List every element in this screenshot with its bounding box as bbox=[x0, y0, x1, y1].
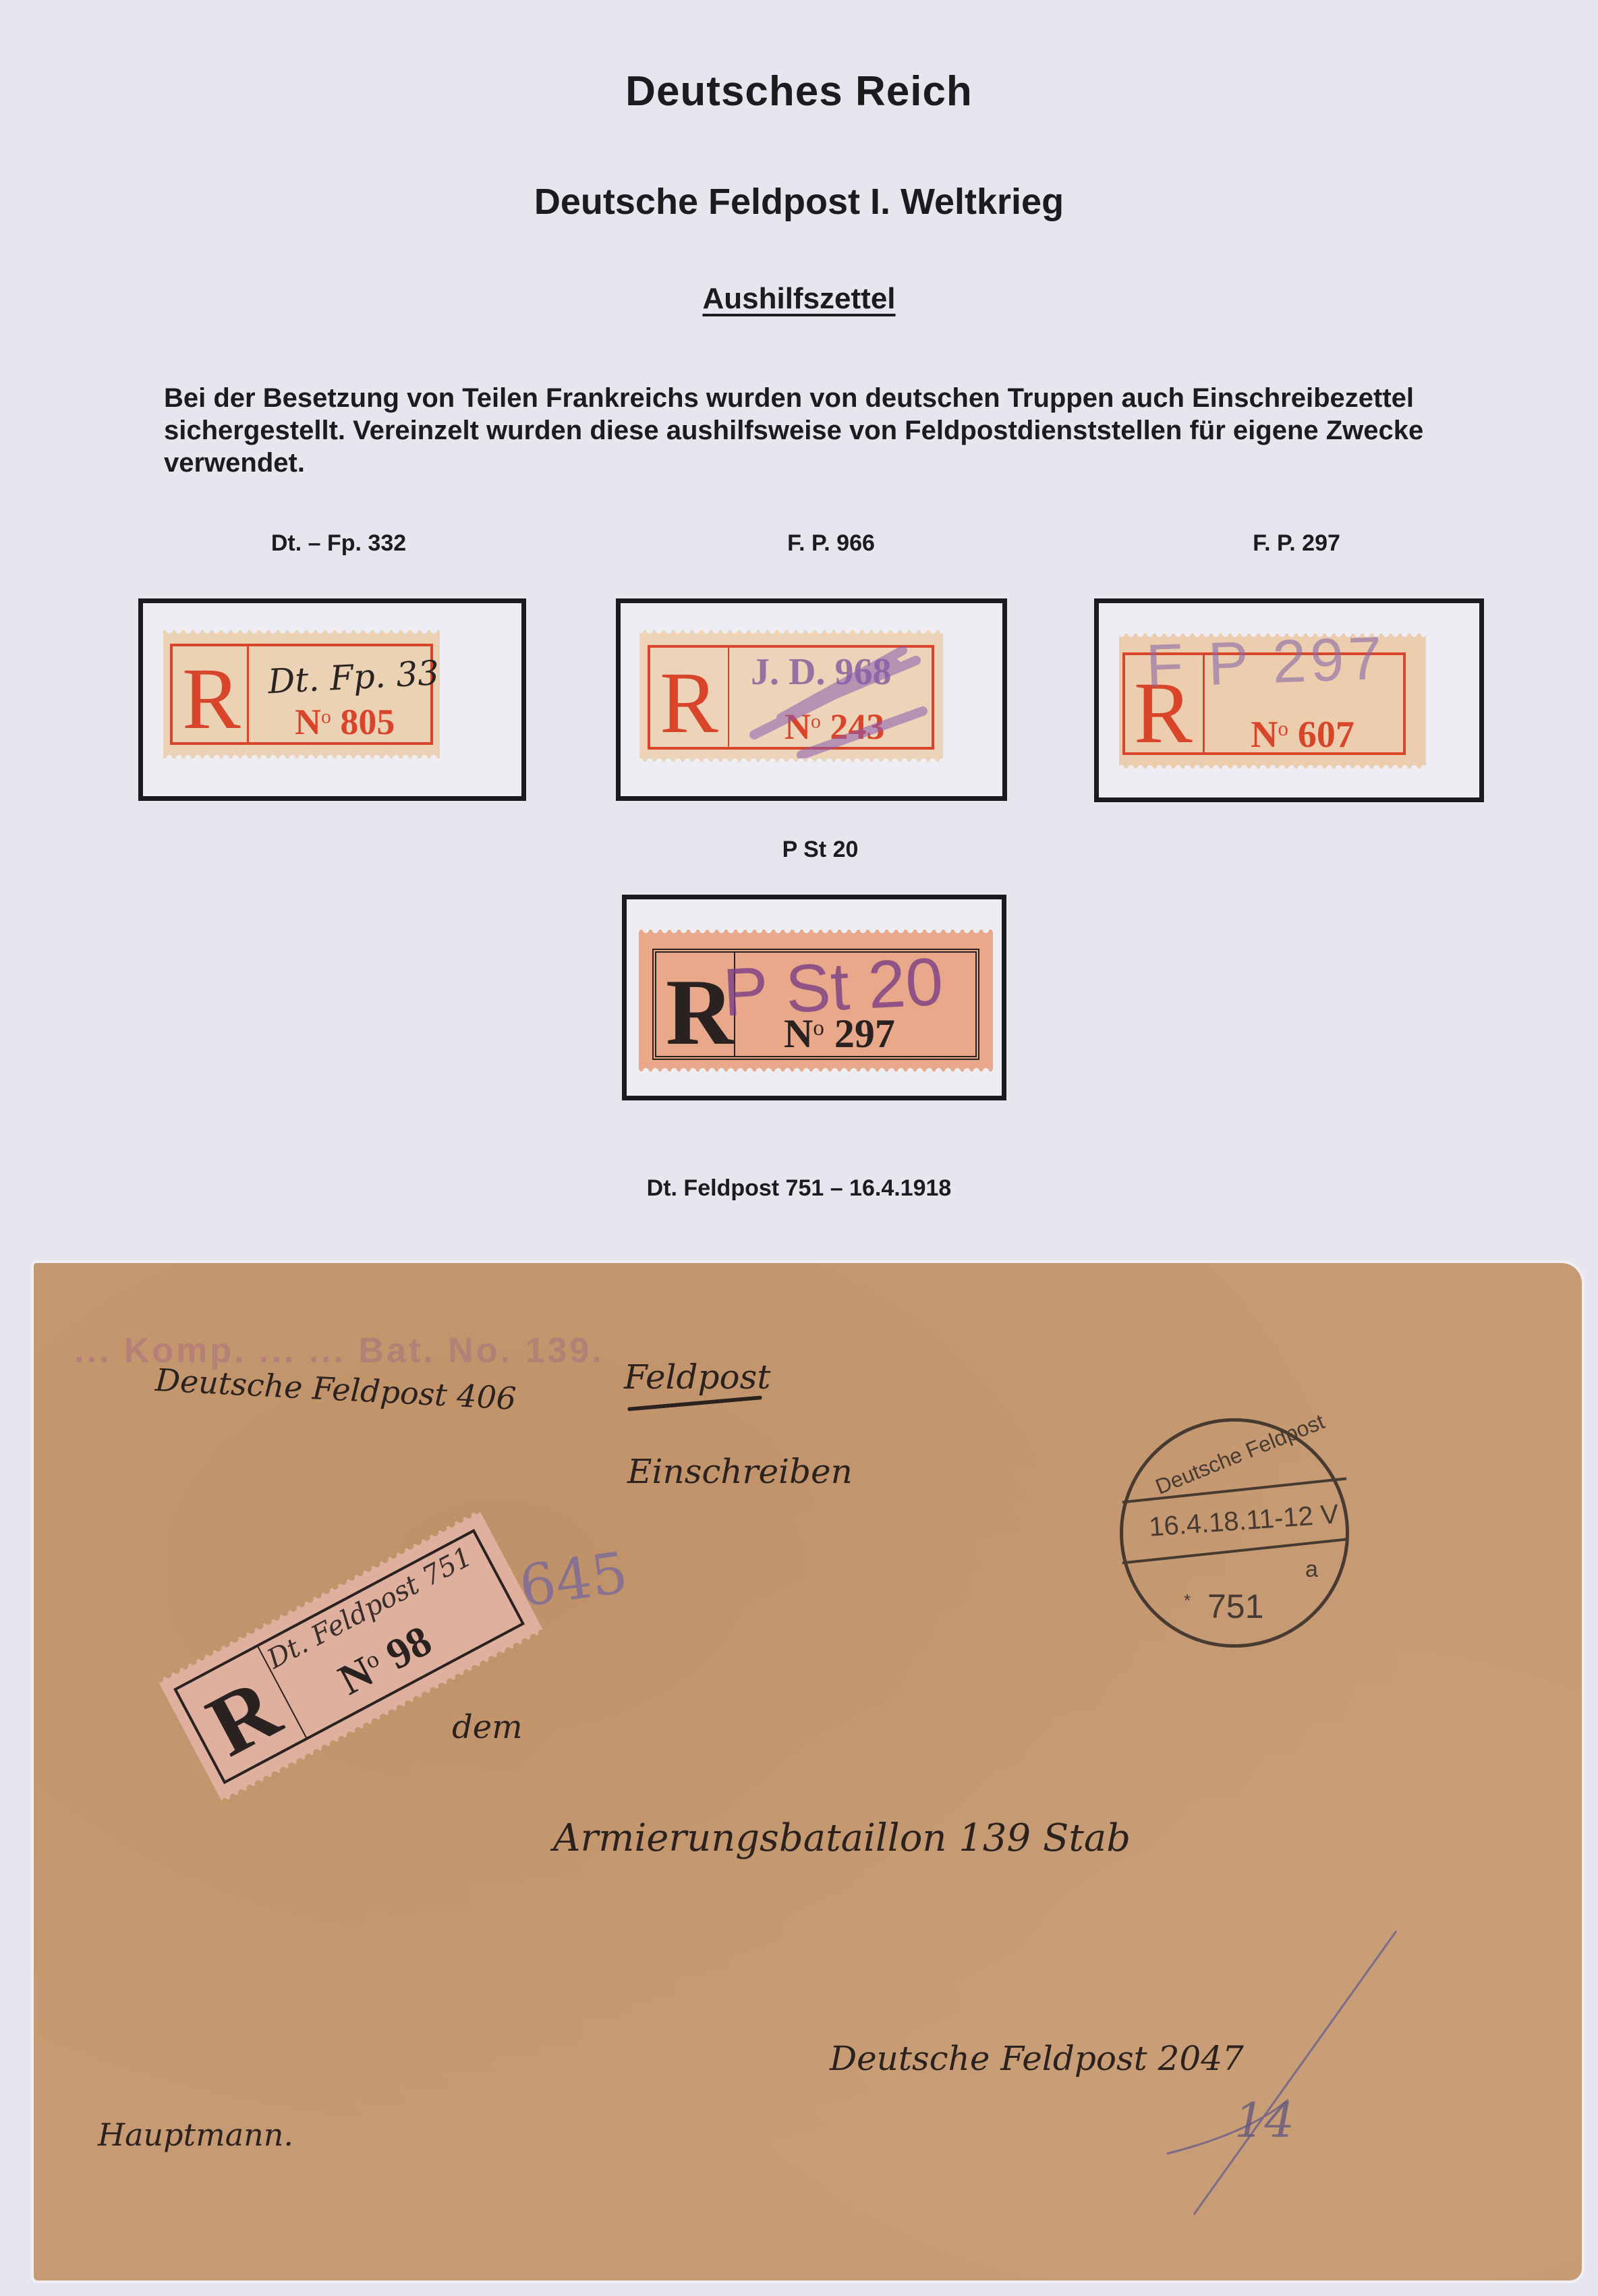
cancel-strokes-icon bbox=[741, 637, 936, 758]
cover-envelope: ... Komp. ... ... Bat. No. 139. Deutsche… bbox=[34, 1263, 1582, 2280]
registration-label: R F P 297 No 607 bbox=[1119, 634, 1426, 768]
violet-stamp: F P 297 bbox=[1145, 624, 1387, 702]
postmark-star: * bbox=[1184, 1590, 1191, 1611]
registered-letter: R bbox=[660, 663, 718, 744]
cover-caption: Dt. Feldpost 751 – 16.4.1918 bbox=[0, 1175, 1598, 1202]
page-subtitle: Deutsche Feldpost I. Weltkrieg bbox=[0, 181, 1598, 223]
label-mount: R P St 20 No 297 bbox=[622, 895, 1006, 1100]
intro-paragraph: Bei der Besetzung von Teilen Frankreichs… bbox=[164, 382, 1500, 479]
page-title: Deutsches Reich bbox=[0, 67, 1598, 115]
pencil-number: 645 bbox=[515, 1539, 631, 1619]
postmark-suffix: a bbox=[1305, 1557, 1318, 1583]
registration-label: R Dt. Fp. 332 No 805 bbox=[163, 630, 440, 758]
registration-label: R No 243 J. D. 968 bbox=[639, 630, 943, 762]
registration-label: R P St 20 No 297 bbox=[639, 930, 993, 1071]
label-caption: F. P. 966 bbox=[662, 530, 1000, 557]
postmark-date: 16.4.18.11-12 V bbox=[1148, 1499, 1340, 1543]
label-number: No 607 bbox=[1251, 713, 1354, 756]
service-note: Feldpost bbox=[624, 1357, 770, 1397]
address-line: Armierungsbataillon 139 Stab bbox=[553, 1816, 1131, 1860]
registered-letter: R bbox=[182, 659, 241, 739]
label-caption: P St 20 bbox=[652, 837, 989, 863]
underline-stroke bbox=[627, 1395, 762, 1411]
label-mount: R F P 297 No 607 bbox=[1094, 598, 1484, 802]
label-mount: R No 243 J. D. 968 bbox=[616, 598, 1007, 801]
label-caption: Dt. – Fp. 332 bbox=[170, 530, 507, 557]
postmark-office: 751 bbox=[1207, 1587, 1263, 1626]
label-number: No 805 bbox=[295, 701, 395, 743]
registered-note: Einschreiben bbox=[627, 1452, 853, 1491]
pencil-mark: 14 bbox=[1234, 2093, 1294, 2148]
label-mount: R Dt. Fp. 332 No 805 bbox=[138, 598, 526, 801]
postmark: Deutsche Feldpost 16.4.18.11-12 V * 751 … bbox=[1120, 1418, 1349, 1648]
intro-line: sichergestellt. Vereinzelt wurden diese … bbox=[164, 414, 1500, 447]
section-heading-text: Aushilfszettel bbox=[702, 282, 895, 315]
address-line: dem bbox=[452, 1708, 523, 1746]
sender-unit-stamp: ... Komp. ... ... Bat. No. 139. bbox=[74, 1331, 604, 1371]
pencil-strike-icon bbox=[1113, 1924, 1437, 2221]
registration-label: R Dt. Feldpost 751 No 98 bbox=[157, 1509, 544, 1803]
postmark-top-text: Deutsche Feldpost bbox=[1152, 1409, 1328, 1499]
intro-line: Bei der Besetzung von Teilen Frankreichs… bbox=[164, 382, 1500, 414]
label-caption: F. P. 297 bbox=[1128, 530, 1465, 557]
label-number: No 297 bbox=[784, 1011, 895, 1057]
section-heading: Aushilfszettel bbox=[0, 282, 1598, 316]
intro-line: verwendet. bbox=[164, 447, 1500, 479]
signature: Hauptmann. bbox=[98, 2117, 293, 2153]
